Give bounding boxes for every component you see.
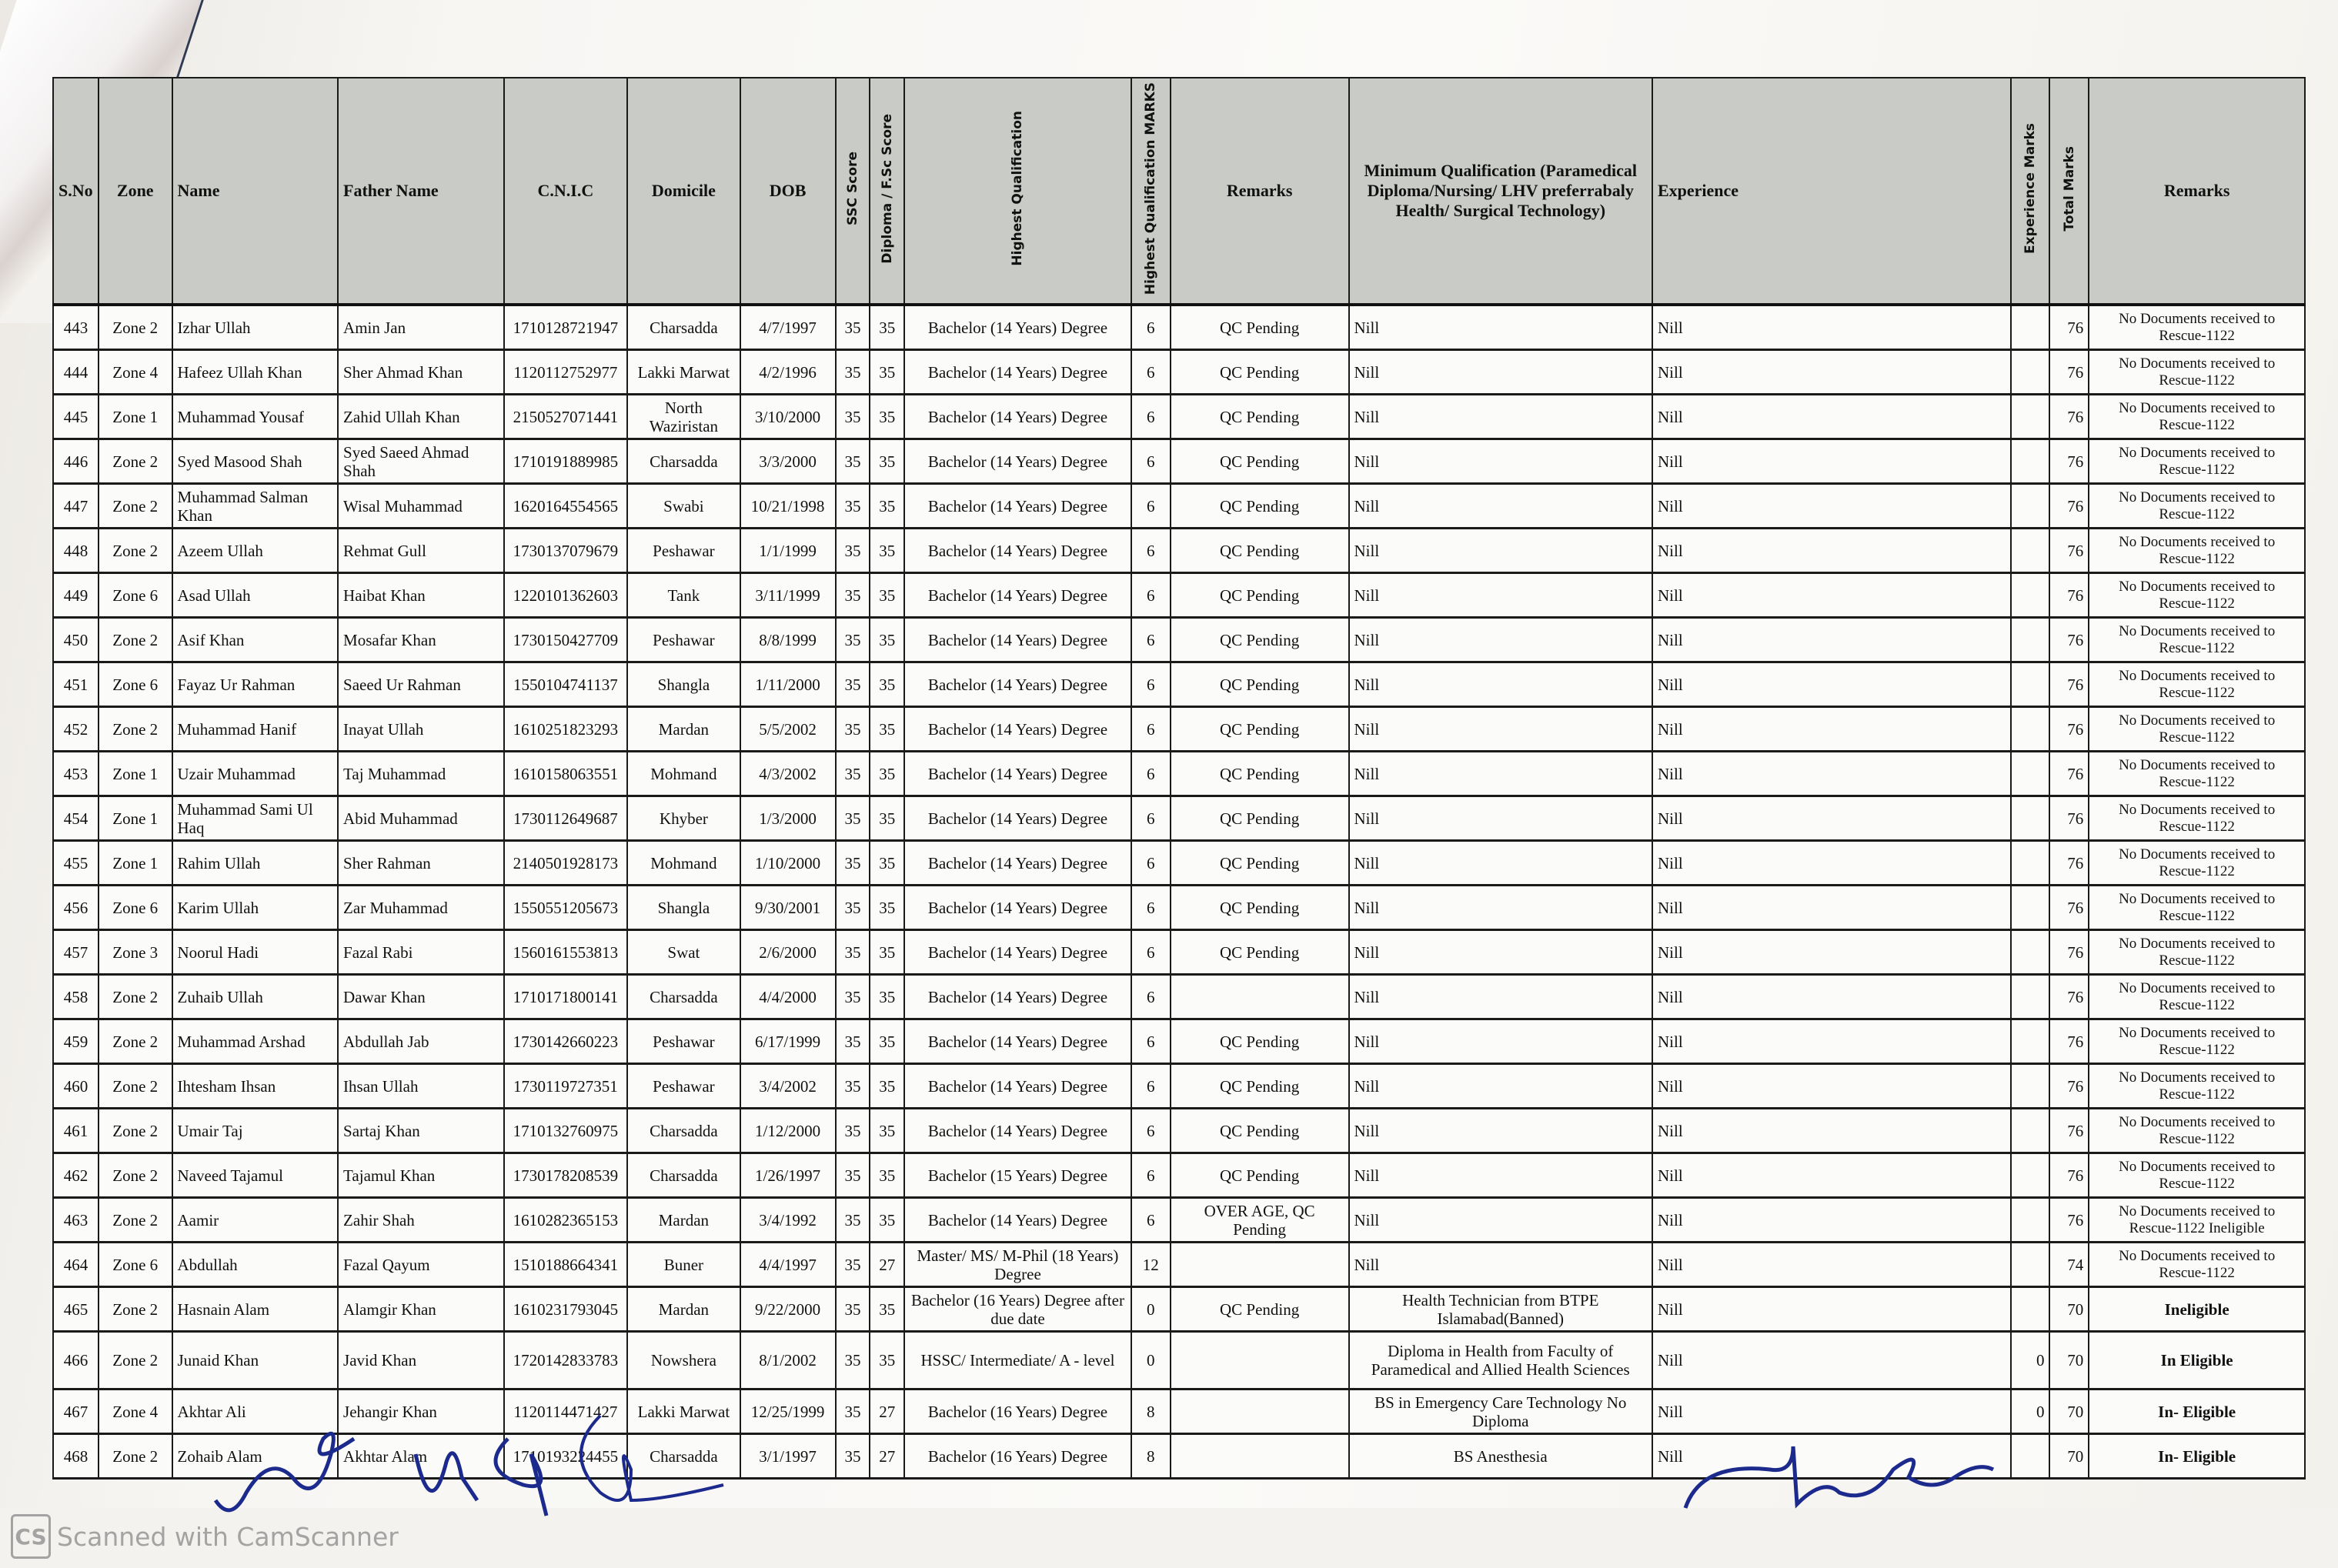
header-domicile: Domicile: [627, 78, 740, 305]
table-row: 451Zone 6Fayaz Ur RahmanSaeed Ur Rahman1…: [53, 662, 2305, 707]
cell-final-remarks: No Documents received to Rescue-1122: [2089, 529, 2305, 573]
cell-experience: Nill: [1652, 618, 2011, 662]
cell-experience: Nill: [1652, 1019, 2011, 1064]
cell-domicile: Charsadda: [627, 1109, 740, 1153]
cell-minimum-qualification: Nill: [1349, 1198, 1652, 1243]
cell-domicile: Nowshera: [627, 1332, 740, 1390]
cell-name: Zohaib Alam: [172, 1434, 339, 1479]
header-name: Name: [172, 78, 339, 305]
cell-father-name: Syed Saeed Ahmad Shah: [338, 439, 504, 484]
cell-name: Akhtar Ali: [172, 1390, 339, 1434]
cell-total-marks: 70: [2049, 1332, 2089, 1390]
cell-total-marks: 76: [2049, 395, 2089, 439]
cell-ssc-score: 35: [836, 1064, 870, 1109]
cell-cnic: 1710193224455: [504, 1434, 628, 1479]
header-highest-qualification-marks-label: Highest Qualification MARKS: [1143, 82, 1158, 295]
cell-name: Izhar Ullah: [172, 305, 339, 350]
header-minimum-qualification: Minimum Qualification (Paramedical Diplo…: [1349, 78, 1652, 305]
cell-remarks: QC Pending: [1171, 573, 1349, 618]
cell-experience: Nill: [1652, 1390, 2011, 1434]
cell-sno: 459: [53, 1019, 99, 1064]
cell-diploma-score: 35: [870, 796, 904, 841]
table-row: 448Zone 2Azeem UllahRehmat Gull173013707…: [53, 529, 2305, 573]
cell-total-marks: 76: [2049, 1153, 2089, 1198]
camscanner-watermark: CS Scanned with CamScanner: [11, 1514, 399, 1559]
cell-cnic: 1730142660223: [504, 1019, 628, 1064]
cell-domicile: Charsadda: [627, 305, 740, 350]
cell-cnic: 1730137079679: [504, 529, 628, 573]
cell-diploma-score: 35: [870, 1064, 904, 1109]
cell-total-marks: 76: [2049, 618, 2089, 662]
cell-qualification-marks: 6: [1131, 350, 1171, 395]
cell-diploma-score: 35: [870, 1153, 904, 1198]
cell-experience: Nill: [1652, 1109, 2011, 1153]
cell-sno: 464: [53, 1243, 99, 1287]
table-row: 443Zone 2Izhar UllahAmin Jan171012872194…: [53, 305, 2305, 350]
cell-remarks: QC Pending: [1171, 1019, 1349, 1064]
cell-qualification-marks: 6: [1131, 618, 1171, 662]
cell-final-remarks: No Documents received to Rescue-1122: [2089, 1064, 2305, 1109]
cell-dob: 6/17/1999: [740, 1019, 836, 1064]
cell-cnic: 1730112649687: [504, 796, 628, 841]
table-row: 446Zone 2Syed Masood ShahSyed Saeed Ahma…: [53, 439, 2305, 484]
cell-final-remarks: No Documents received to Rescue-1122: [2089, 752, 2305, 796]
cell-cnic: 1120114471427: [504, 1390, 628, 1434]
cell-highest-qualification: Bachelor (14 Years) Degree: [904, 1064, 1131, 1109]
cell-final-remarks: No Documents received to Rescue-1122: [2089, 618, 2305, 662]
cell-ssc-score: 35: [836, 886, 870, 930]
cell-domicile: Peshawar: [627, 1019, 740, 1064]
cell-ssc-score: 35: [836, 305, 870, 350]
cell-diploma-score: 35: [870, 573, 904, 618]
cell-qualification-marks: 6: [1131, 529, 1171, 573]
cell-final-remarks: In- Eligible: [2089, 1390, 2305, 1434]
cell-experience-marks: [2011, 841, 2050, 886]
cell-ssc-score: 35: [836, 975, 870, 1019]
cell-cnic: 1510188664341: [504, 1243, 628, 1287]
cell-highest-qualification: Bachelor (14 Years) Degree: [904, 1198, 1131, 1243]
cell-dob: 4/4/1997: [740, 1243, 836, 1287]
cell-final-remarks: No Documents received to Rescue-1122: [2089, 1243, 2305, 1287]
cell-total-marks: 76: [2049, 1198, 2089, 1243]
table-row: 449Zone 6Asad UllahHaibat Khan1220101362…: [53, 573, 2305, 618]
cell-highest-qualification: Bachelor (14 Years) Degree: [904, 752, 1131, 796]
cell-diploma-score: 35: [870, 529, 904, 573]
table-row: 447Zone 2Muhammad Salman KhanWisal Muham…: [53, 484, 2305, 529]
cell-final-remarks: No Documents received to Rescue-1122: [2089, 796, 2305, 841]
cell-remarks: QC Pending: [1171, 796, 1349, 841]
cell-experience-marks: [2011, 439, 2050, 484]
cell-total-marks: 76: [2049, 841, 2089, 886]
cell-qualification-marks: 6: [1131, 752, 1171, 796]
cell-qualification-marks: 6: [1131, 305, 1171, 350]
cell-qualification-marks: 6: [1131, 930, 1171, 975]
cell-diploma-score: 35: [870, 930, 904, 975]
cell-domicile: Charsadda: [627, 975, 740, 1019]
cell-highest-qualification: Bachelor (14 Years) Degree: [904, 350, 1131, 395]
cell-highest-qualification: Bachelor (14 Years) Degree: [904, 618, 1131, 662]
cell-ssc-score: 35: [836, 662, 870, 707]
cell-name: Muhammad Arshad: [172, 1019, 339, 1064]
cell-ssc-score: 35: [836, 350, 870, 395]
cell-experience: Nill: [1652, 1198, 2011, 1243]
cell-dob: 1/3/2000: [740, 796, 836, 841]
cell-total-marks: 76: [2049, 484, 2089, 529]
cell-father-name: Alamgir Khan: [338, 1287, 504, 1332]
cell-zone: Zone 6: [99, 1243, 172, 1287]
cell-remarks: QC Pending: [1171, 305, 1349, 350]
header-sno: S.No: [53, 78, 99, 305]
cell-dob: 3/10/2000: [740, 395, 836, 439]
cell-diploma-score: 27: [870, 1434, 904, 1479]
cell-diploma-score: 35: [870, 1019, 904, 1064]
cell-zone: Zone 6: [99, 573, 172, 618]
cell-name: Naveed Tajamul: [172, 1153, 339, 1198]
cell-remarks: QC Pending: [1171, 1153, 1349, 1198]
cell-domicile: Charsadda: [627, 439, 740, 484]
cell-father-name: Ihsan Ullah: [338, 1064, 504, 1109]
cell-ssc-score: 35: [836, 573, 870, 618]
cell-ssc-score: 35: [836, 1390, 870, 1434]
cell-domicile: Peshawar: [627, 618, 740, 662]
cell-father-name: Sher Rahman: [338, 841, 504, 886]
cell-name: Ihtesham Ihsan: [172, 1064, 339, 1109]
cell-father-name: Zahid Ullah Khan: [338, 395, 504, 439]
cell-cnic: 1220101362603: [504, 573, 628, 618]
cell-father-name: Zahir Shah: [338, 1198, 504, 1243]
cell-domicile: Mardan: [627, 1287, 740, 1332]
cell-highest-qualification: Bachelor (16 Years) Degree: [904, 1434, 1131, 1479]
cell-name: Asad Ullah: [172, 573, 339, 618]
cell-cnic: 1720142833783: [504, 1332, 628, 1390]
cell-ssc-score: 35: [836, 1332, 870, 1390]
cell-domicile: Buner: [627, 1243, 740, 1287]
cell-minimum-qualification: Nill: [1349, 796, 1652, 841]
cell-sno: 451: [53, 662, 99, 707]
cell-zone: Zone 6: [99, 886, 172, 930]
cell-minimum-qualification: Nill: [1349, 662, 1652, 707]
cell-diploma-score: 27: [870, 1243, 904, 1287]
cell-zone: Zone 2: [99, 975, 172, 1019]
cell-experience-marks: [2011, 1243, 2050, 1287]
cell-name: Syed Masood Shah: [172, 439, 339, 484]
cell-diploma-score: 35: [870, 1198, 904, 1243]
cell-zone: Zone 2: [99, 1287, 172, 1332]
cell-sno: 468: [53, 1434, 99, 1479]
cell-sno: 457: [53, 930, 99, 975]
cell-minimum-qualification: Nill: [1349, 439, 1652, 484]
cell-sno: 446: [53, 439, 99, 484]
cell-remarks: QC Pending: [1171, 886, 1349, 930]
cell-highest-qualification: Bachelor (14 Years) Degree: [904, 975, 1131, 1019]
cell-cnic: 1730178208539: [504, 1153, 628, 1198]
cell-domicile: Mardan: [627, 707, 740, 752]
cell-remarks: QC Pending: [1171, 1109, 1349, 1153]
cell-domicile: Peshawar: [627, 529, 740, 573]
cell-diploma-score: 35: [870, 1332, 904, 1390]
cell-experience-marks: [2011, 752, 2050, 796]
cell-experience-marks: [2011, 930, 2050, 975]
cell-dob: 4/3/2002: [740, 752, 836, 796]
cell-highest-qualification: Bachelor (14 Years) Degree: [904, 707, 1131, 752]
cell-qualification-marks: 6: [1131, 975, 1171, 1019]
cell-zone: Zone 2: [99, 305, 172, 350]
cell-minimum-qualification: Nill: [1349, 975, 1652, 1019]
cell-highest-qualification: Bachelor (14 Years) Degree: [904, 886, 1131, 930]
cell-name: Muhammad Yousaf: [172, 395, 339, 439]
cell-total-marks: 76: [2049, 707, 2089, 752]
cell-total-marks: 70: [2049, 1287, 2089, 1332]
cell-minimum-qualification: Nill: [1349, 1019, 1652, 1064]
cell-total-marks: 74: [2049, 1243, 2089, 1287]
cell-ssc-score: 35: [836, 1019, 870, 1064]
cell-experience-marks: [2011, 975, 2050, 1019]
cell-dob: 1/11/2000: [740, 662, 836, 707]
cell-sno: 449: [53, 573, 99, 618]
cell-experience: Nill: [1652, 573, 2011, 618]
cell-experience-marks: [2011, 1198, 2050, 1243]
cell-remarks: QC Pending: [1171, 1064, 1349, 1109]
cell-remarks: [1171, 1390, 1349, 1434]
cell-experience: Nill: [1652, 707, 2011, 752]
cell-experience-marks: [2011, 1153, 2050, 1198]
cell-ssc-score: 35: [836, 395, 870, 439]
cell-cnic: 1710132760975: [504, 1109, 628, 1153]
cell-diploma-score: 35: [870, 484, 904, 529]
candidate-merit-table: S.No Zone Name Father Name C.N.I.C Domic…: [52, 77, 2306, 1480]
cell-experience-marks: [2011, 1287, 2050, 1332]
cell-minimum-qualification: Nill: [1349, 1153, 1652, 1198]
cell-ssc-score: 35: [836, 439, 870, 484]
cell-remarks: QC Pending: [1171, 350, 1349, 395]
cell-zone: Zone 1: [99, 841, 172, 886]
cell-sno: 456: [53, 886, 99, 930]
header-diploma-score-label: Diploma / F.Sc Score: [880, 114, 895, 264]
cell-dob: 3/1/1997: [740, 1434, 836, 1479]
cell-final-remarks: No Documents received to Rescue-1122 Ine…: [2089, 1198, 2305, 1243]
cell-father-name: Rehmat Gull: [338, 529, 504, 573]
header-ssc-score-label: SSC Score: [845, 152, 860, 225]
cell-qualification-marks: 12: [1131, 1243, 1171, 1287]
cell-experience: Nill: [1652, 1153, 2011, 1198]
cell-father-name: Tajamul Khan: [338, 1153, 504, 1198]
cell-cnic: 1560161553813: [504, 930, 628, 975]
cell-remarks: QC Pending: [1171, 439, 1349, 484]
header-ssc-score: SSC Score: [836, 78, 870, 305]
cell-father-name: Abdullah Jab: [338, 1019, 504, 1064]
cell-cnic: 1610251823293: [504, 707, 628, 752]
cell-ssc-score: 35: [836, 484, 870, 529]
cell-father-name: Wisal Muhammad: [338, 484, 504, 529]
cell-experience-marks: [2011, 1109, 2050, 1153]
cell-domicile: Swat: [627, 930, 740, 975]
cell-father-name: Saeed Ur Rahman: [338, 662, 504, 707]
cell-minimum-qualification: Nill: [1349, 395, 1652, 439]
cell-experience-marks: [2011, 529, 2050, 573]
table-row: 452Zone 2Muhammad HanifInayat Ullah16102…: [53, 707, 2305, 752]
cell-ssc-score: 35: [836, 1109, 870, 1153]
cell-remarks: QC Pending: [1171, 395, 1349, 439]
cell-name: Muhammad Salman Khan: [172, 484, 339, 529]
cell-minimum-qualification: Nill: [1349, 841, 1652, 886]
cell-cnic: 1620164554565: [504, 484, 628, 529]
header-final-remarks: Remarks: [2089, 78, 2305, 305]
cell-cnic: 1730150427709: [504, 618, 628, 662]
cell-father-name: Inayat Ullah: [338, 707, 504, 752]
cell-total-marks: 76: [2049, 1064, 2089, 1109]
cell-dob: 3/3/2000: [740, 439, 836, 484]
cell-diploma-score: 35: [870, 662, 904, 707]
cell-dob: 5/5/2002: [740, 707, 836, 752]
cell-experience: Nill: [1652, 1434, 2011, 1479]
cell-sno: 460: [53, 1064, 99, 1109]
cell-diploma-score: 35: [870, 841, 904, 886]
cell-zone: Zone 6: [99, 662, 172, 707]
table-row: 455Zone 1Rahim UllahSher Rahman214050192…: [53, 841, 2305, 886]
cell-ssc-score: 35: [836, 1198, 870, 1243]
cell-sno: 452: [53, 707, 99, 752]
cell-sno: 458: [53, 975, 99, 1019]
cell-remarks: QC Pending: [1171, 841, 1349, 886]
cell-qualification-marks: 6: [1131, 841, 1171, 886]
cell-total-marks: 76: [2049, 305, 2089, 350]
table-row: 454Zone 1Muhammad Sami Ul HaqAbid Muhamm…: [53, 796, 2305, 841]
cell-final-remarks: No Documents received to Rescue-1122: [2089, 662, 2305, 707]
cell-experience-marks: [2011, 886, 2050, 930]
cell-name: Fayaz Ur Rahman: [172, 662, 339, 707]
cell-diploma-score: 35: [870, 707, 904, 752]
cell-highest-qualification: Bachelor (14 Years) Degree: [904, 796, 1131, 841]
cell-sno: 462: [53, 1153, 99, 1198]
table-row: 466Zone 2Junaid KhanJavid Khan1720142833…: [53, 1332, 2305, 1390]
header-cnic: C.N.I.C: [504, 78, 628, 305]
cell-highest-qualification: Bachelor (14 Years) Degree: [904, 1109, 1131, 1153]
cell-experience: Nill: [1652, 1064, 2011, 1109]
cell-qualification-marks: 0: [1131, 1332, 1171, 1390]
cell-diploma-score: 35: [870, 350, 904, 395]
cell-cnic: 2150527071441: [504, 395, 628, 439]
cell-domicile: North Waziristan: [627, 395, 740, 439]
table-row: 460Zone 2Ihtesham IhsanIhsan Ullah173011…: [53, 1064, 2305, 1109]
cell-qualification-marks: 8: [1131, 1390, 1171, 1434]
cell-final-remarks: No Documents received to Rescue-1122: [2089, 1109, 2305, 1153]
cell-final-remarks: In- Eligible: [2089, 1434, 2305, 1479]
cell-father-name: Amin Jan: [338, 305, 504, 350]
table-header-row: S.No Zone Name Father Name C.N.I.C Domic…: [53, 78, 2305, 305]
table-row: 450Zone 2Asif KhanMosafar Khan1730150427…: [53, 618, 2305, 662]
cell-sno: 455: [53, 841, 99, 886]
cell-father-name: Fazal Qayum: [338, 1243, 504, 1287]
cell-experience: Nill: [1652, 1287, 2011, 1332]
cell-minimum-qualification: Nill: [1349, 484, 1652, 529]
cell-domicile: Shangla: [627, 886, 740, 930]
cell-total-marks: 76: [2049, 350, 2089, 395]
cell-total-marks: 76: [2049, 930, 2089, 975]
cell-highest-qualification: Bachelor (14 Years) Degree: [904, 529, 1131, 573]
cell-qualification-marks: 6: [1131, 796, 1171, 841]
cell-cnic: 1710191889985: [504, 439, 628, 484]
cell-remarks: QC Pending: [1171, 930, 1349, 975]
cell-remarks: QC Pending: [1171, 484, 1349, 529]
cell-diploma-score: 35: [870, 395, 904, 439]
cell-dob: 3/4/2002: [740, 1064, 836, 1109]
table-row: 461Zone 2Umair TajSartaj Khan17101327609…: [53, 1109, 2305, 1153]
cell-total-marks: 76: [2049, 1109, 2089, 1153]
cell-sno: 444: [53, 350, 99, 395]
cell-domicile: Mohmand: [627, 841, 740, 886]
cell-total-marks: 76: [2049, 886, 2089, 930]
cell-ssc-score: 35: [836, 529, 870, 573]
cell-diploma-score: 35: [870, 1287, 904, 1332]
cell-final-remarks: No Documents received to Rescue-1122: [2089, 886, 2305, 930]
cell-final-remarks: No Documents received to Rescue-1122: [2089, 305, 2305, 350]
cell-minimum-qualification: Nill: [1349, 618, 1652, 662]
cell-ssc-score: 35: [836, 618, 870, 662]
cell-name: Zuhaib Ullah: [172, 975, 339, 1019]
header-experience: Experience: [1652, 78, 2011, 305]
cell-father-name: Dawar Khan: [338, 975, 504, 1019]
cell-highest-qualification: Bachelor (14 Years) Degree: [904, 439, 1131, 484]
cell-zone: Zone 2: [99, 1019, 172, 1064]
cell-qualification-marks: 6: [1131, 1153, 1171, 1198]
cell-cnic: 1550104741137: [504, 662, 628, 707]
table-row: 458Zone 2Zuhaib UllahDawar Khan171017180…: [53, 975, 2305, 1019]
cell-domicile: Lakki Marwat: [627, 1390, 740, 1434]
cell-dob: 9/22/2000: [740, 1287, 836, 1332]
cell-highest-qualification: HSSC/ Intermediate/ A - level: [904, 1332, 1131, 1390]
cell-qualification-marks: 8: [1131, 1434, 1171, 1479]
cell-cnic: 2140501928173: [504, 841, 628, 886]
cell-cnic: 1610231793045: [504, 1287, 628, 1332]
cell-diploma-score: 35: [870, 975, 904, 1019]
cell-total-marks: 76: [2049, 796, 2089, 841]
cell-ssc-score: 35: [836, 841, 870, 886]
cell-total-marks: 76: [2049, 529, 2089, 573]
cell-experience: Nill: [1652, 930, 2011, 975]
cell-final-remarks: No Documents received to Rescue-1122: [2089, 573, 2305, 618]
cell-zone: Zone 4: [99, 350, 172, 395]
cell-dob: 1/1/1999: [740, 529, 836, 573]
cell-name: Muhammad Sami Ul Haq: [172, 796, 339, 841]
table-row: 453Zone 1Uzair MuhammadTaj Muhammad16101…: [53, 752, 2305, 796]
table-row: 456Zone 6Karim UllahZar Muhammad15505512…: [53, 886, 2305, 930]
cell-sno: 465: [53, 1287, 99, 1332]
cell-sno: 453: [53, 752, 99, 796]
cell-highest-qualification: Bachelor (14 Years) Degree: [904, 1019, 1131, 1064]
cell-name: Umair Taj: [172, 1109, 339, 1153]
cell-total-marks: 76: [2049, 1019, 2089, 1064]
cell-name: Noorul Hadi: [172, 930, 339, 975]
cell-qualification-marks: 6: [1131, 1198, 1171, 1243]
cell-dob: 8/1/2002: [740, 1332, 836, 1390]
cell-remarks: QC Pending: [1171, 1287, 1349, 1332]
cell-diploma-score: 35: [870, 752, 904, 796]
cell-sno: 454: [53, 796, 99, 841]
cell-experience-marks: [2011, 796, 2050, 841]
cell-qualification-marks: 6: [1131, 573, 1171, 618]
cell-domicile: Peshawar: [627, 1064, 740, 1109]
cell-qualification-marks: 6: [1131, 707, 1171, 752]
cell-experience: Nill: [1652, 1243, 2011, 1287]
cell-zone: Zone 2: [99, 1434, 172, 1479]
cell-zone: Zone 1: [99, 752, 172, 796]
cell-name: Hafeez Ullah Khan: [172, 350, 339, 395]
cell-father-name: Mosafar Khan: [338, 618, 504, 662]
cell-father-name: Sartaj Khan: [338, 1109, 504, 1153]
cell-final-remarks: No Documents received to Rescue-1122: [2089, 930, 2305, 975]
header-highest-qualification-label: Highest Qualification: [1010, 111, 1025, 266]
cell-experience-marks: 0: [2011, 1332, 2050, 1390]
